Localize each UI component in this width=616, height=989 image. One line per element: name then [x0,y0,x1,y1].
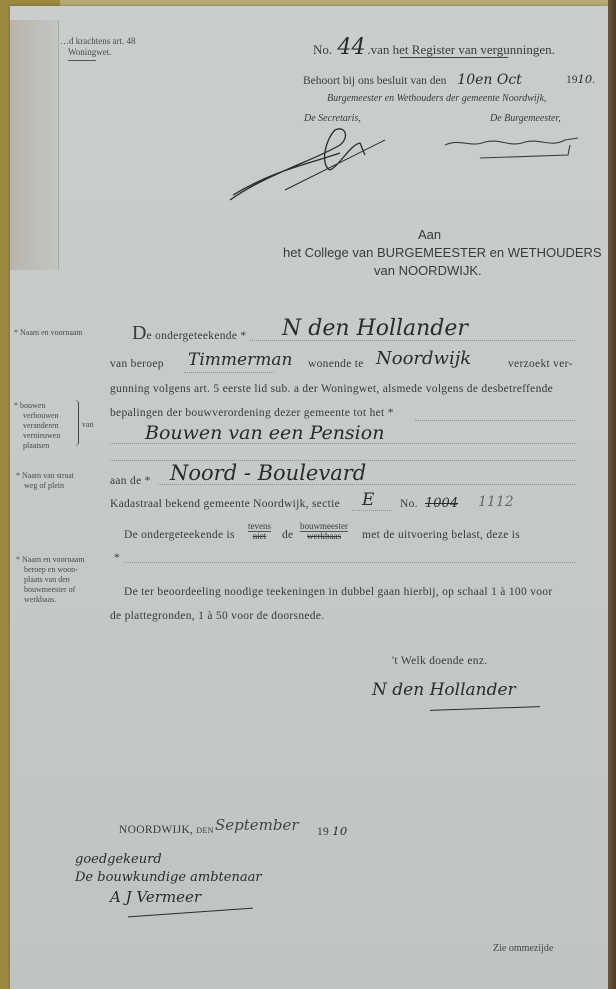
year-suffix: 10 [578,72,593,86]
profession-value: Timmerman [188,350,292,370]
margin-street-1: weg of plein [16,481,74,491]
margin-builder-0: * Naam en voornaam [16,555,100,565]
form-line-4: bepalingen der bouwverordening dezer gem… [110,407,394,419]
works-brace [74,400,79,446]
margin-note-street: * Naam van straat weg of plein [16,471,74,491]
mayor-label: De Burgemeester, [490,113,561,124]
closing-text: 't Welk doende enz. [392,655,487,667]
top-left-note-line1: …d krachtens art. 48 [60,36,135,47]
note-underline [68,60,96,61]
margin-builder-2: plaats van den [16,575,100,585]
number-value: 1112 [478,494,514,510]
section-field-line [352,510,392,511]
builder-de: de [282,529,293,541]
residence-label: wonende te [308,358,364,370]
addressee-line1: Aan [418,227,441,242]
right-edge-shadow [608,0,616,989]
margin-note-builder: * Naam en voornaam beroep en woon- plaat… [16,555,100,605]
approval-line2: De bouwkundige ambtenaar [75,870,262,885]
builder-option-2: bouwmeester werkbaas [300,522,348,541]
margin-works-0: * bouwen [14,401,60,411]
addressee-line2: het College van BURGEMEESTER en WETHOUDE… [283,245,602,260]
option-niet: niet [248,532,271,541]
street-label: aan de * [110,475,151,487]
work-value: Bouwen van een Pension [145,422,384,444]
cadastral-label: Kadastraal bekend gemeente Noordwijk, se… [110,498,340,510]
builder-suffix: met de uitvoering belast, deze is [362,529,520,541]
line4-field-line [415,420,575,421]
torn-left-flap [10,20,59,270]
drawings-line2: de plattegronden, 1 à 50 voor de doorsne… [110,610,324,622]
approval-signature: A J Vermeer [110,888,201,906]
number-struck: 1004 [425,496,458,511]
margin-works-2: veranderen [14,421,60,431]
footer-year-prefix: 19 [317,826,329,838]
profession-field-line [184,372,274,373]
applicant-line: De ondergeteekende * [132,322,246,345]
decision-line: Behoort bij ons besluit van den 10en Oct [303,72,522,88]
approval-line1: goedgekeurd [75,852,162,867]
option-werkbaas: werkbaas [300,532,348,541]
residence-value: Noordwijk [376,348,471,369]
mayor-signature [440,130,590,170]
margin-street-0: * Naam van straat [16,471,74,481]
builder-prefix: De ondergeteekende is [124,529,235,541]
secretary-signature [225,115,395,205]
margin-works-van: van [82,420,94,430]
addressee-line3: van NOORDWIJK. [374,263,482,278]
top-left-note-line2: Woningwet. [68,47,112,58]
margin-builder-4: werkbaas. [16,595,100,605]
place-label: NOORDWIJK, den [119,824,214,836]
footer-year-suffix: 10 [332,824,347,838]
footer-year: 19 10 [317,824,348,838]
margin-works-3: vernieuwen [14,431,60,441]
margin-builder-1: beroep en woon- [16,565,100,575]
decision-year: 1910. [566,72,595,86]
applicant-label: e ondergeteekende * [146,330,246,342]
dropcap-d: D [132,322,146,344]
section-value: E [362,490,374,510]
profession-label: van beroep [110,358,164,370]
register-number: 44 [337,35,365,60]
number-label: No. [400,498,418,510]
form-line-3: gunning volgens art. 5 eerste lid sub. a… [110,383,553,395]
applicant-signature: N den Hollander [372,680,516,700]
footer-date: September [215,816,299,834]
register-suffix: .van het Register van vergunningen. [367,42,555,57]
year-prefix: 19 [566,74,578,86]
request-suffix: verzoekt ver- [508,358,573,370]
builder-star: * [114,552,120,564]
decision-date: 10en Oct [457,72,522,88]
decision-prefix: Behoort bij ons besluit van den [303,75,446,87]
builder-field-line [124,562,575,563]
register-underline [400,57,508,58]
margin-note-works: * bouwen verbouwen veranderen vernieuwen… [14,401,60,451]
authority-line: Burgemeester en Wethouders der gemeente … [327,93,546,104]
margin-works-4: plaatsen [14,441,60,451]
margin-works-1: verbouwen [14,411,60,421]
margin-note-name: * Naam en voornaam [14,328,83,338]
builder-option-1: tevens niet [248,522,271,541]
margin-builder-3: bouwmeester of [16,585,100,595]
drawings-line1: De ter beoordeeling noodige teekeningen … [124,586,553,598]
see-reverse: Zie ommezijde [493,943,553,954]
register-prefix: No. [313,42,332,57]
applicant-name-value: N den Hollander [282,316,468,341]
street-value: Noord - Boulevard [170,461,366,485]
